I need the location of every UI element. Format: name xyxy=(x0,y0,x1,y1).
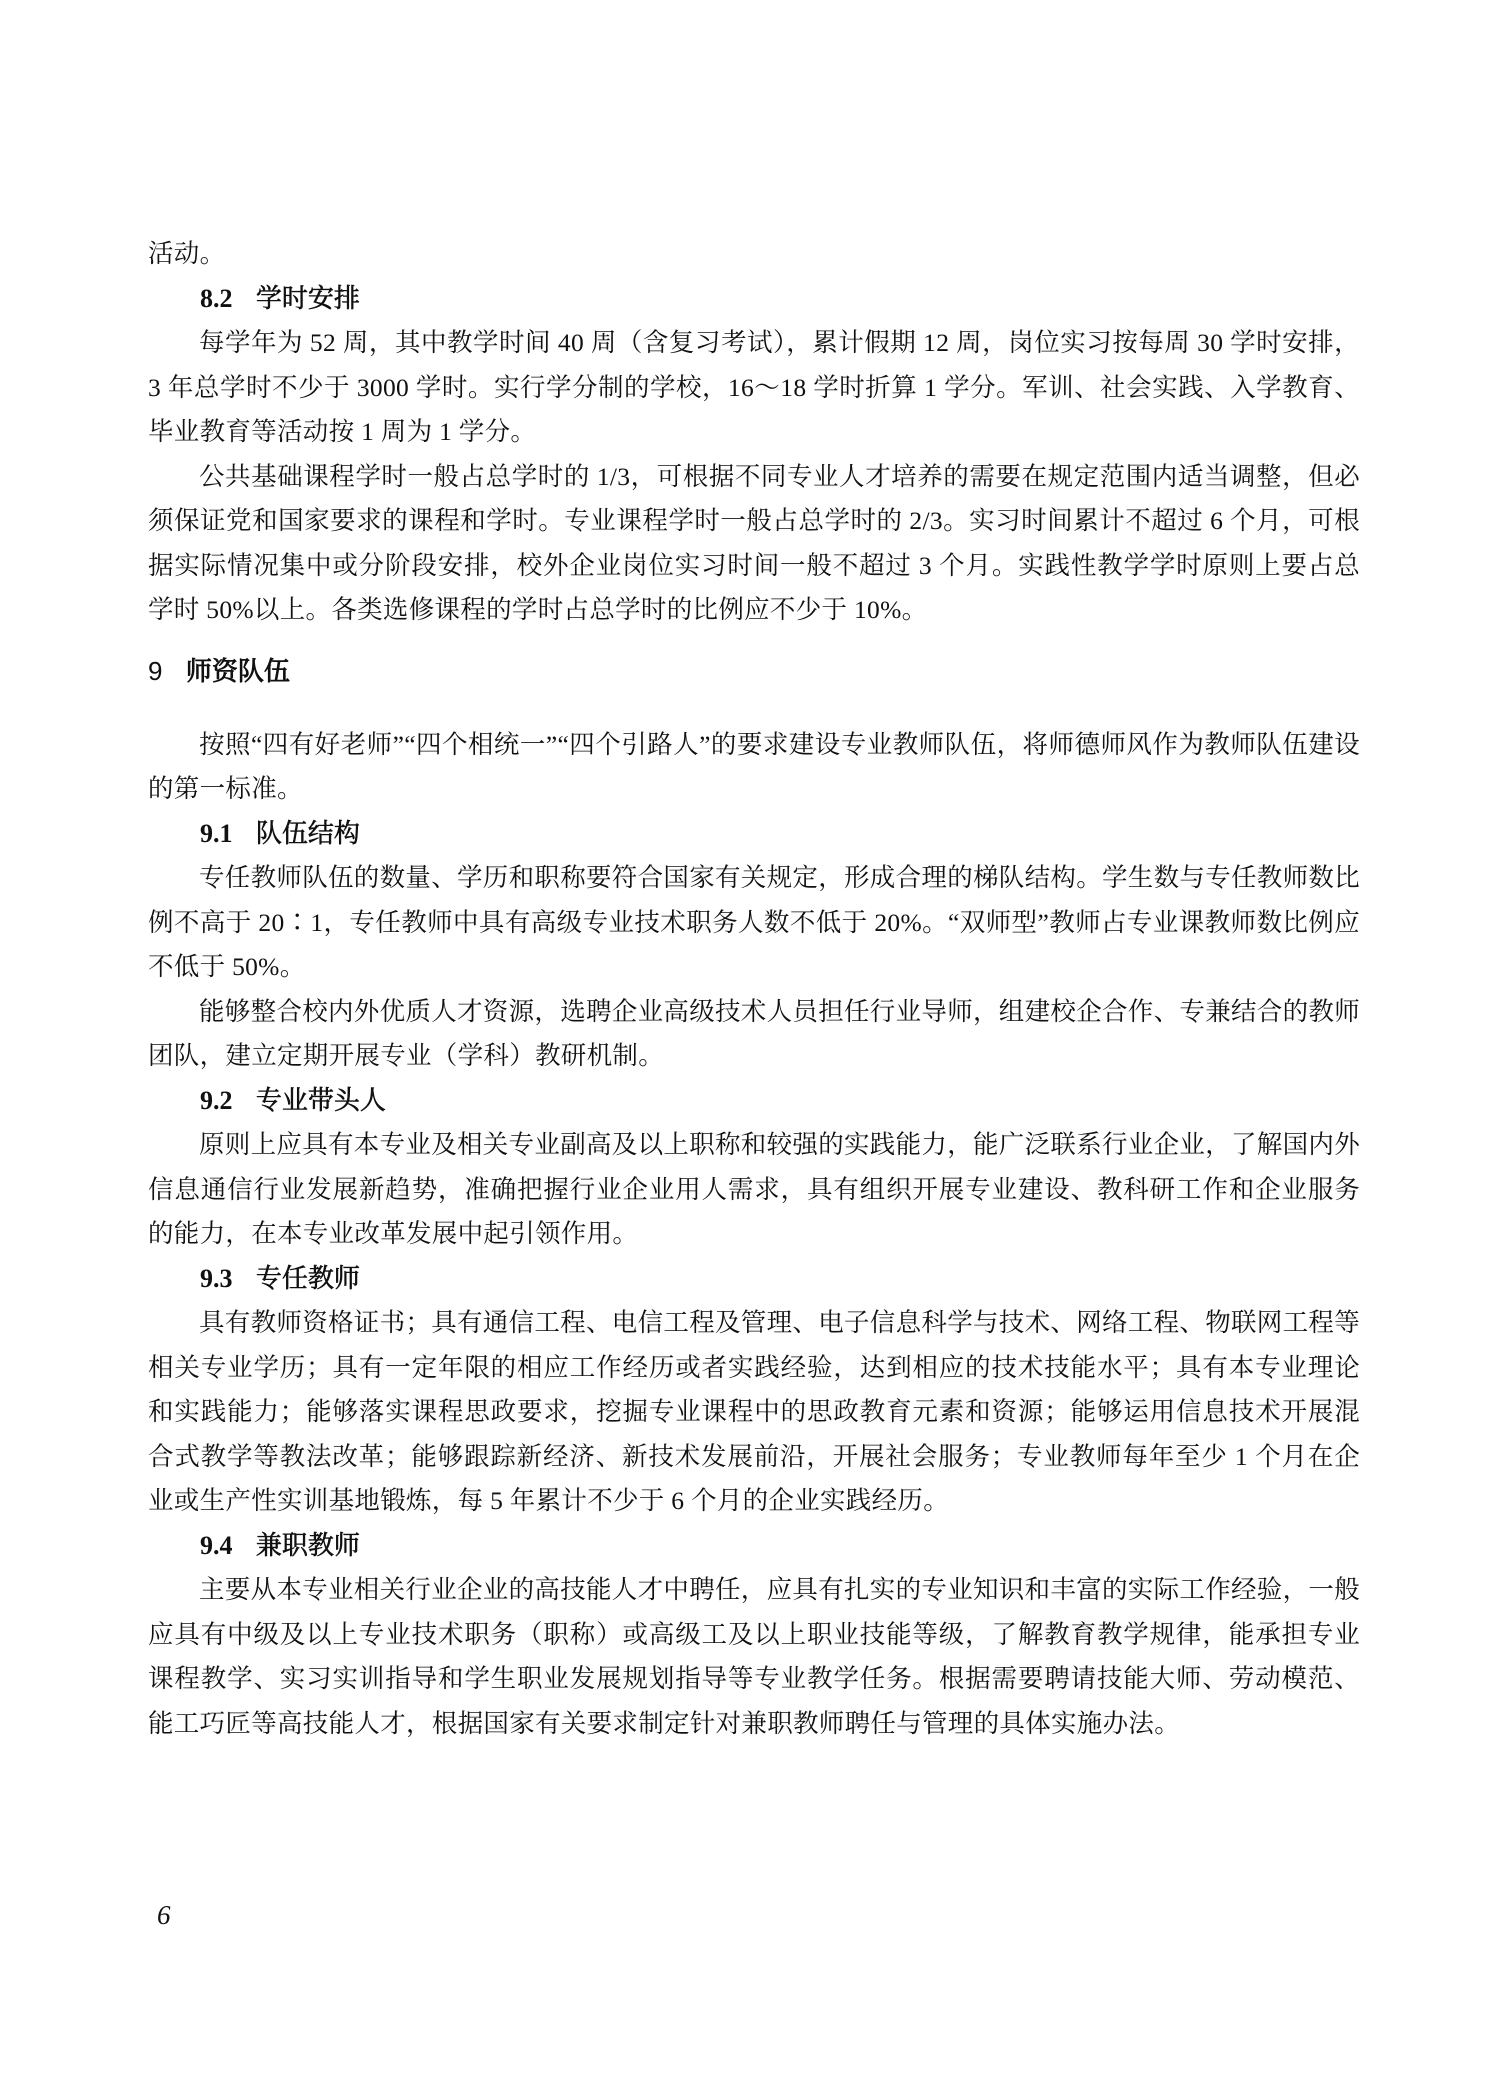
paragraph-team-structure: 专任教师队伍的数量、学历和职称要符合国家有关规定，形成合理的梯队结构。学生数与专… xyxy=(148,856,1360,990)
section-title: 学时安排 xyxy=(256,284,360,313)
section-number: 8.2 xyxy=(200,284,233,313)
section-title: 专任教师 xyxy=(256,1264,360,1293)
section-title: 兼职教师 xyxy=(256,1531,360,1560)
chapter-number: 9 xyxy=(148,656,162,686)
section-heading-9-2: 9.2专业带头人 xyxy=(148,1079,1360,1124)
section-heading-9-4: 9.4兼职教师 xyxy=(148,1524,1360,1569)
document-page: 活动。 8.2学时安排 每学年为 52 周，其中教学时间 40 周（含复习考试）… xyxy=(148,232,1360,1746)
section-number: 9.4 xyxy=(200,1531,233,1560)
paragraph-weeks-schedule: 每学年为 52 周，其中教学时间 40 周（含复习考试），累计假期 12 周，岗… xyxy=(148,321,1360,455)
paragraph-continuation: 活动。 xyxy=(148,232,1360,277)
section-number: 9.1 xyxy=(200,819,233,848)
section-heading-9-3: 9.3专任教师 xyxy=(148,1257,1360,1302)
chapter-heading-9: 9师资队伍 xyxy=(148,649,1360,693)
section-heading-9-1: 9.1队伍结构 xyxy=(148,812,1360,857)
section-number: 9.3 xyxy=(200,1264,233,1293)
section-title: 队伍结构 xyxy=(256,819,360,848)
chapter-title: 师资队伍 xyxy=(186,656,290,686)
page-number: 6 xyxy=(157,1900,171,1931)
paragraph-part-time-teachers: 主要从本专业相关行业企业的高技能人才中聘任，应具有扎实的专业知识和丰富的实际工作… xyxy=(148,1568,1360,1746)
paragraph-teacher-ethics: 按照“四有好老师”“四个相统一”“四个引路人”的要求建设专业教师队伍，将师德师风… xyxy=(148,723,1360,812)
paragraph-full-time-teachers: 具有教师资格证书；具有通信工程、电信工程及管理、电子信息科学与技术、网络工程、物… xyxy=(148,1301,1360,1524)
paragraph-course-hours: 公共基础课程学时一般占总学时的 1/3，可根据不同专业人才培养的需要在规定范围内… xyxy=(148,455,1360,633)
section-heading-8-2: 8.2学时安排 xyxy=(148,277,1360,322)
section-title: 专业带头人 xyxy=(256,1086,386,1115)
section-number: 9.2 xyxy=(200,1086,233,1115)
paragraph-discipline-leader: 原则上应具有本专业及相关专业副高及以上职称和较强的实践能力，能广泛联系行业企业，… xyxy=(148,1123,1360,1257)
paragraph-team-resources: 能够整合校内外优质人才资源，选聘企业高级技术人员担任行业导师，组建校企合作、专兼… xyxy=(148,990,1360,1079)
